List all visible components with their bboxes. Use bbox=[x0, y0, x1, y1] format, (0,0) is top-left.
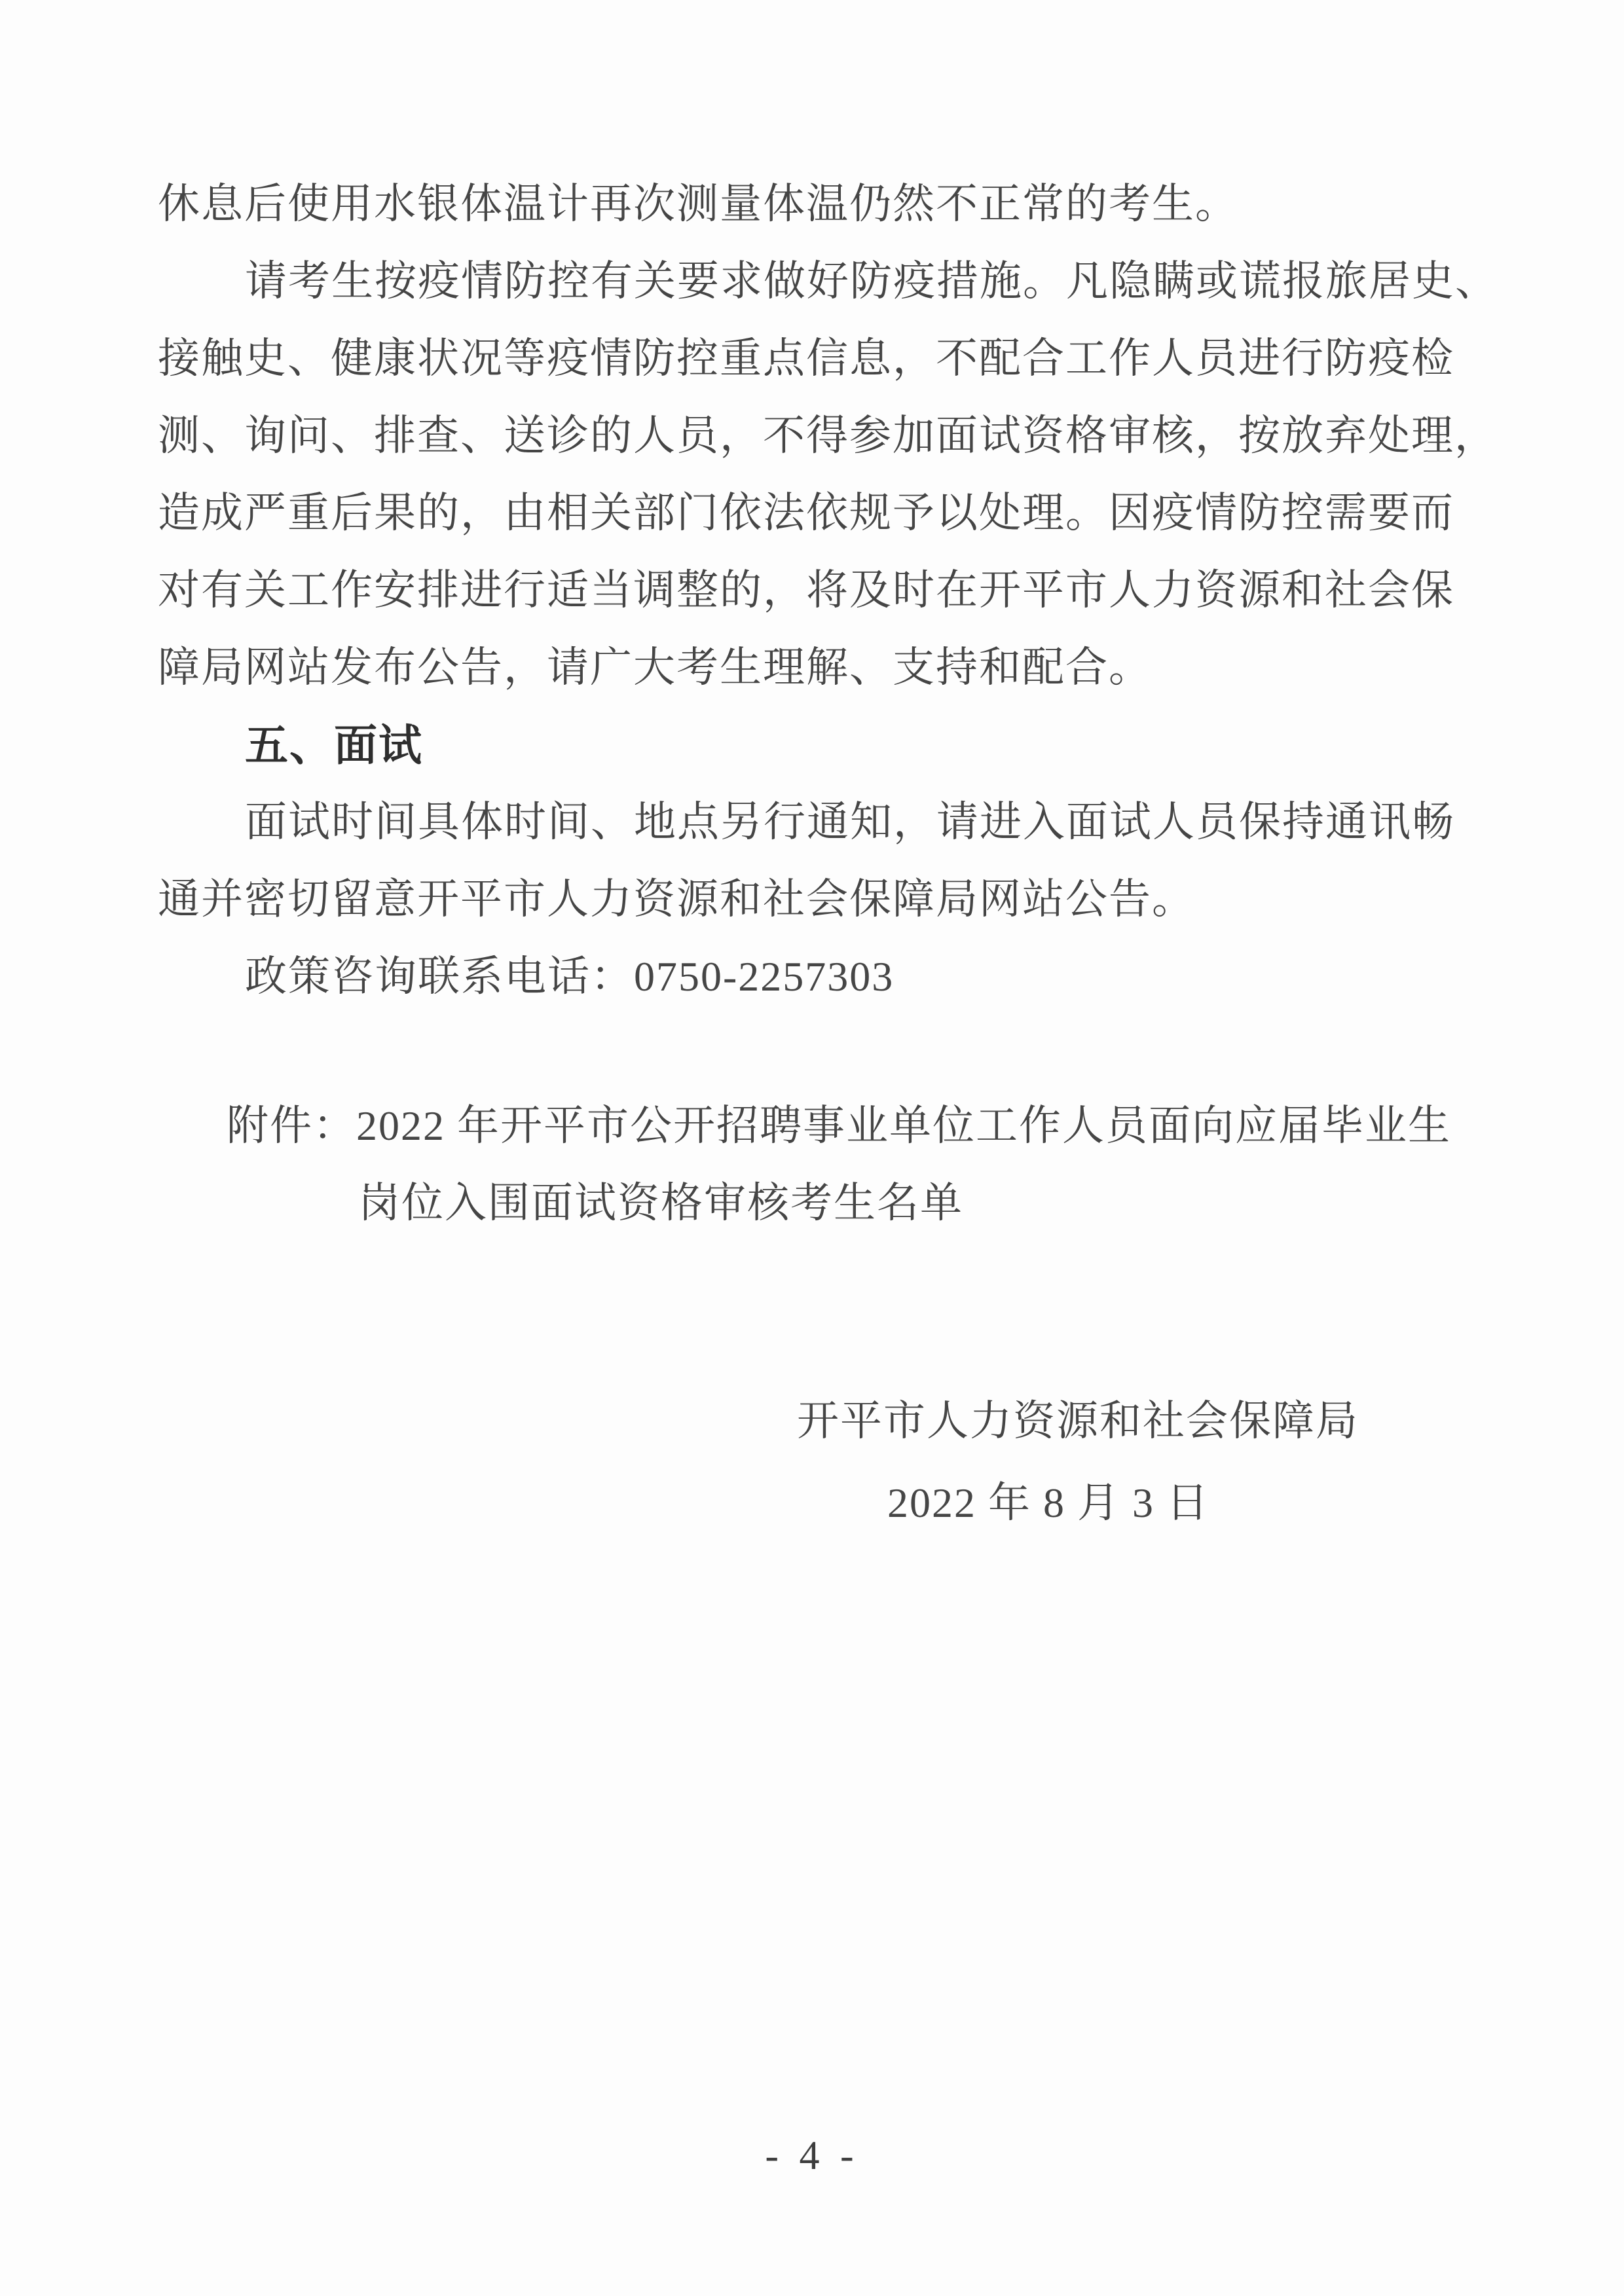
contact-phone-line: 政策咨询联系电话：0750-2257303 bbox=[158, 938, 1467, 1015]
issue-date: 2022 年 8 月 3 日 bbox=[158, 1465, 1467, 1542]
section-body-line: 面试时间具体时间、地点另行通知，请进入面试人员保持通讯畅 bbox=[158, 784, 1467, 861]
body-line: 造成严重后果的，由相关部门依法依规予以处理。因疫情防控需要而 bbox=[158, 475, 1467, 552]
body-line: 对有关工作安排进行适当调整的，将及时在开平市人力资源和社会保 bbox=[158, 552, 1467, 629]
page-number: - 4 - bbox=[0, 2123, 1624, 2189]
body-line: 休息后使用水银体温计再次测量体温仍然不正常的考生。 bbox=[158, 166, 1467, 243]
body-line: 接触史、健康状况等疫情防控重点信息，不配合工作人员进行防疫检 bbox=[158, 320, 1467, 397]
body-line: 障局网站发布公告，请广大考生理解、支持和配合。 bbox=[158, 629, 1467, 706]
body-line: 测、询问、排查、送诊的人员，不得参加面试资格审核，按放弃处理， bbox=[158, 397, 1467, 475]
attachment-line: 附件：2022 年开平市公开招聘事业单位工作人员面向应届毕业生 bbox=[158, 1087, 1467, 1165]
body-line: 请考生按疫情防控有关要求做好防疫措施。凡隐瞒或谎报旅居史、 bbox=[158, 243, 1467, 320]
document-page: 休息后使用水银体温计再次测量体温仍然不正常的考生。 请考生按疫情防控有关要求做好… bbox=[0, 0, 1624, 2296]
issuer-signature: 开平市人力资源和社会保障局 bbox=[158, 1383, 1467, 1460]
document-body: 休息后使用水银体温计再次测量体温仍然不正常的考生。 请考生按疫情防控有关要求做好… bbox=[158, 166, 1467, 1542]
section-heading: 五、面试 bbox=[158, 706, 1467, 784]
attachment-continuation-line: 岗位入围面试资格审核考生名单 bbox=[158, 1165, 1467, 1242]
section-body-line: 通并密切留意开平市人力资源和社会保障局网站公告。 bbox=[158, 861, 1467, 938]
